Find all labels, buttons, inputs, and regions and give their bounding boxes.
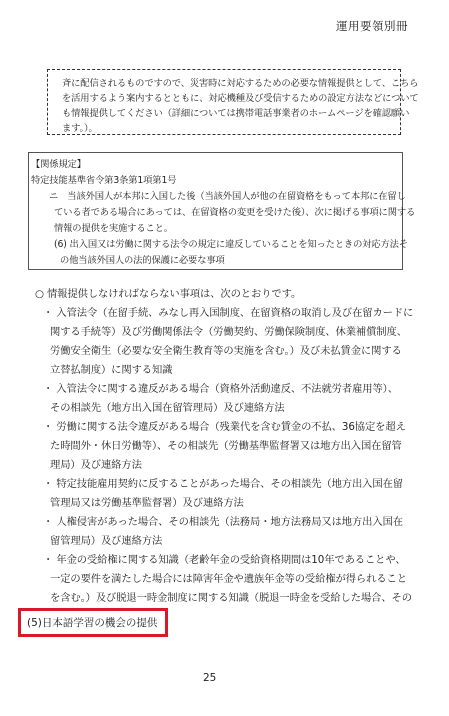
regulation-box: 【関係規定】 特定技能基準省令第3条第1項第1号 ニ 当該外国人が本邦に入国した… [28,152,403,270]
page-number: 25 [203,672,216,684]
bullet-line: 関する手続等）及び労働関係法令（労働契約、労働保険制度、休業補償制度、 [50,323,407,338]
regulation-subitem-line: の他当該外国人の法的保護に必要な事項 [60,252,225,266]
bullet-line: を含む。）及び脱退一時金制度に関する知識（脱退一時金を受給した場合、その [50,589,412,604]
notice-line: 斉に配信されるものですので、災害時に対応するための必要な情報提供として、こちら [62,75,418,89]
bullet-line: ・ 年金の受給権に関する知識（老齢年金の受給資格期間は10年であることや、 [43,551,406,566]
section-heading-text: (5)日本語学習の機会の提供 [27,615,157,630]
section-heading-highlighted: (5)日本語学習の機会の提供 [18,608,168,637]
bullet-line: ・ 人権侵害があった場合、その相談先（法務局・地方法務局又は地方出入国在 [43,513,403,528]
bullet-line: ・ 労働に関する法令違反がある場合（残業代を含む賃金の不払、36協定を超え [43,418,406,433]
regulation-item-line: ニ 当該外国人が本邦に入国した後（当該外国人が他の在留資格をもって本邦に在留し [49,188,406,202]
bullet-line: その相談先（地方出入国在留管理局）及び連絡方法 [50,399,285,414]
document-header-title: 運用要領別冊 [336,18,408,34]
bullet-line: ・ 入管法令（在留手続、みなし再入国制度、在留資格の取消し及び在留カードに [43,304,413,319]
regulation-subitem-line: (6) 出入国又は労働に関する法令の規定に違反していることを知ったときの対応方法… [54,236,408,250]
bullet-line: 留管理局）及び連絡方法 [50,532,162,547]
bullet-line: 理局）及び連絡方法 [50,456,142,471]
bullet-line: ・ 入管法令に関する違反がある場合（資格外活動違反、不法就労者雇用等）、 [43,380,398,395]
bullet-line: ・ 特定技能雇用契約に反することがあった場合、その相談先（地方出入国在留 [43,475,403,490]
notice-line: も情報提供してください（詳細については携帯電話事業者のホームページを確認願い [62,105,409,119]
bullet-line: 労働安全衛生（必要な安全衛生教育等の実施を含む。）及び未払賃金に関する [50,342,402,357]
regulation-heading: 【関係規定】 [31,156,86,170]
regulation-item-line: ている者である場合にあっては、在留資格の変更を受けた後）、次に掲げる事項に関する [54,204,415,218]
bullet-line: 立替払制度）に関する知識 [50,361,172,376]
notice-line: を活用するよう案内するとともに、対応機種及び受信するための設定方法などについて [62,90,419,104]
bullet-line: 管理局又は労働基準監督署）及び連絡方法 [50,494,244,509]
bullet-line: 一定の要件を満たした場合には障害年金や遺族年金等の受給権が得られること [50,570,407,585]
body-intro: ○ 情報提供しなければならない事項は、次のとおりです。 [35,285,301,300]
bullet-line: た時間外・休日労働等）、その相談先（労働基準監督署又は地方出入国在留管 [50,437,402,452]
regulation-item-line: 情報の提供を実施すること。 [54,220,173,234]
notice-box: 斉に配信されるものですので、災害時に対応するための必要な情報提供として、こちら … [47,69,401,135]
notice-line: ます。）。 [62,120,98,134]
regulation-reference: 特定技能基準省令第3条第1項第1号 [31,172,176,186]
